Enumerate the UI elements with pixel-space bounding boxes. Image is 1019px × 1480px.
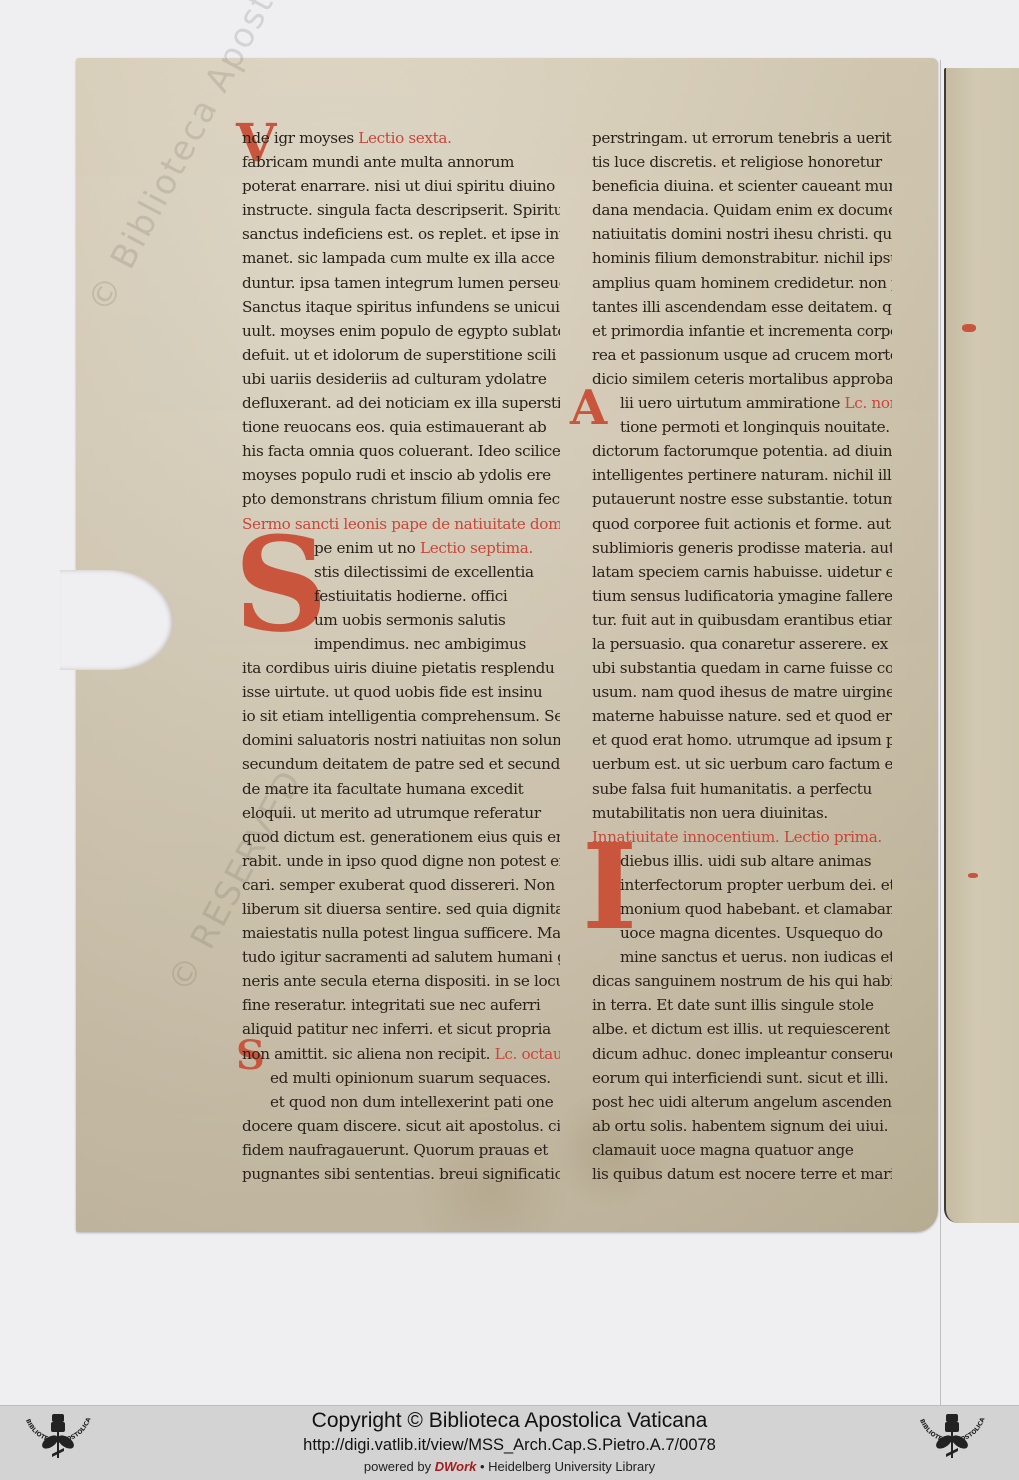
line-text: materne habuisse nature. sed et quod era… bbox=[592, 707, 892, 725]
manuscript-line: uerbum est. ut sic uerbum caro factum es… bbox=[592, 752, 892, 776]
line-text: liberum sit diuersa sentire. sed quia di… bbox=[242, 900, 560, 918]
line-text: lis quibus datum est nocere terre et mar… bbox=[592, 1165, 892, 1183]
manuscript-line: his facta omnia quos coluerant. Ideo sci… bbox=[242, 439, 560, 463]
line-text: domini saluatoris nostri natiuitas non s… bbox=[242, 731, 560, 749]
copyright-footer: Copyright © Biblioteca Apostolica Vatica… bbox=[0, 1405, 1019, 1480]
manuscript-line: usum. nam quod ihesus de matre uirgine. … bbox=[592, 680, 892, 704]
permalink-url[interactable]: http://digi.vatlib.it/view/MSS_Arch.Cap.… bbox=[0, 1436, 1019, 1455]
manuscript-line: domini saluatoris nostri natiuitas non s… bbox=[242, 728, 560, 752]
line-text: maiestatis nulla potest lingua sufficere… bbox=[242, 924, 560, 942]
line-text: et primordia infantie et incrementa corp… bbox=[592, 322, 892, 340]
manuscript-line: poterat enarrare. nisi ut diui spiritu d… bbox=[242, 174, 560, 198]
manuscript-line: albe. et dictum est illis. ut requiescer… bbox=[592, 1017, 892, 1041]
manuscript-line: fabricam mundi ante multa annorum bbox=[242, 150, 560, 174]
powered-by-line: powered by DWork • Heidelberg University… bbox=[0, 1459, 1019, 1474]
manuscript-line: in terra. Et date sunt illis singule sto… bbox=[592, 993, 892, 1017]
copyright-text: Copyright © Biblioteca Apostolica Vatica… bbox=[0, 1409, 1019, 1433]
manuscript-line: perstringam. ut errorum tenebris a uerit… bbox=[592, 126, 892, 150]
manuscript-line: uoce magna dicentes. Usquequo do bbox=[592, 921, 892, 945]
line-text: moyses populo rudi et inscio ab ydolis e… bbox=[242, 466, 551, 484]
manuscript-line: diebus illis. uidi sub altare animas bbox=[592, 849, 892, 873]
line-text: duntur. ipsa tamen integrum lumen perseu… bbox=[242, 274, 560, 292]
line-text: perstringam. ut errorum tenebris a uerit… bbox=[592, 129, 892, 147]
manuscript-line: et quod non dum intellexerint pati one bbox=[242, 1090, 560, 1114]
rubric-fragment bbox=[962, 324, 976, 332]
manuscript-line: beneficia diuina. et scienter caueant mu… bbox=[592, 174, 892, 198]
line-text: dictorum factorumque potentia. ad diuina… bbox=[592, 442, 892, 460]
manuscript-line: impendimus. nec ambigimus bbox=[242, 632, 560, 656]
manuscript-line: dana mendacia. Quidam enim ex documenti bbox=[592, 198, 892, 222]
manuscript-line: sanctus indeficiens est. os replet. et i… bbox=[242, 222, 560, 246]
manuscript-line: sube falsa fuit humanitatis. a perfectu bbox=[592, 777, 892, 801]
manuscript-line: materne habuisse nature. sed et quod era… bbox=[592, 704, 892, 728]
line-text: secundum deitatem de patre sed et secund… bbox=[242, 755, 560, 773]
line-text: dana mendacia. Quidam enim ex documenti bbox=[592, 201, 892, 219]
line-text: ubi uariis desideriis ad culturam ydolat… bbox=[242, 370, 546, 388]
facing-page-edge bbox=[944, 68, 1019, 1223]
line-text: non amittit. sic aliena non recipit. bbox=[242, 1045, 490, 1063]
line-text: poterat enarrare. nisi ut diui spiritu d… bbox=[242, 177, 555, 195]
manuscript-line: neris ante secula eterna dispositi. in s… bbox=[242, 969, 560, 993]
line-text: io sit etiam intelligentia comprehensum.… bbox=[242, 707, 560, 725]
line-text: stis dilectissimi de excellentia bbox=[314, 563, 534, 581]
line-text: quod corporee fuit actionis et forme. au… bbox=[592, 515, 892, 533]
line-text: rea et passionum usque ad crucem mortemq… bbox=[592, 346, 892, 364]
line-text: uoce magna dicentes. Usquequo do bbox=[620, 924, 883, 942]
manuscript-line: de matre ita facultate humana excedit bbox=[242, 777, 560, 801]
line-text: ita cordibus uiris diuine pietatis respl… bbox=[242, 659, 554, 677]
rubric-heading: Lc. octaua bbox=[495, 1045, 560, 1063]
manuscript-line: um uobis sermonis salutis bbox=[242, 608, 560, 632]
manuscript-line: putauerunt nostre esse substantie. totum… bbox=[592, 487, 892, 511]
rubric-heading: Sermo sancti leonis pape de natiuitate d… bbox=[242, 515, 560, 533]
line-text: Sanctus itaque spiritus infundens se uni… bbox=[242, 298, 560, 316]
line-text: albe. et dictum est illis. ut requiescer… bbox=[592, 1020, 892, 1038]
powered-by-suffix: • Heidelberg University Library bbox=[476, 1459, 655, 1474]
manuscript-line: post hec uidi alterum angelum ascendente… bbox=[592, 1090, 892, 1114]
manuscript-line: ubi substantia quedam in carne fuisse co bbox=[592, 656, 892, 680]
manuscript-line: sublimioris generis prodisse materia. au… bbox=[592, 536, 892, 560]
line-text: defuit. ut et idolorum de superstitione … bbox=[242, 346, 556, 364]
line-text: mutabilitatis non uera diuinitas. bbox=[592, 804, 828, 822]
manuscript-line: la persuasio. qua conaretur asserere. ex… bbox=[592, 632, 892, 656]
line-text: uerbum est. ut sic uerbum caro factum es… bbox=[592, 755, 892, 773]
manuscript-line: ubi uariis desideriis ad culturam ydolat… bbox=[242, 367, 560, 391]
line-text: tur. fuit aut in quibusdam erantibus eti… bbox=[592, 611, 892, 629]
manuscript-line: dicas sanguinem nostrum de his qui habit… bbox=[592, 969, 892, 993]
manuscript-line: Sanctus itaque spiritus infundens se uni… bbox=[242, 295, 560, 319]
line-text: eorum qui interficiendi sunt. sicut et i… bbox=[592, 1069, 892, 1087]
line-text: usum. nam quod ihesus de matre uirgine. … bbox=[592, 683, 892, 701]
line-text: uult. moyses enim populo de egypto subla… bbox=[242, 322, 560, 340]
manuscript-line: tudo igitur sacramenti ad salutem humani… bbox=[242, 945, 560, 969]
line-text: pugnantes sibi sententias. breui signifi… bbox=[242, 1165, 560, 1183]
manuscript-line: intelligentes pertinere naturam. nichil … bbox=[592, 463, 892, 487]
line-text: eloquii. ut merito ad utrumque referatur bbox=[242, 804, 541, 822]
line-text: nde igr moyses bbox=[242, 129, 354, 147]
manuscript-line: et primordia infantie et incrementa corp… bbox=[592, 319, 892, 343]
line-text: fabricam mundi ante multa annorum bbox=[242, 153, 514, 171]
manuscript-line: et quod erat homo. utrumque ad ipsum per… bbox=[592, 728, 892, 752]
line-text: cari. semper exuberat quod dissereri. No… bbox=[242, 876, 560, 894]
line-text: tantes illi ascendendam esse deitatem. q… bbox=[592, 298, 892, 316]
line-text: defluxerant. ad dei noticiam ex illa sup… bbox=[242, 394, 560, 412]
line-text: fidem naufragauerunt. Quorum prauas et bbox=[242, 1141, 548, 1159]
manuscript-line: mine sanctus et uerus. non iudicas et ui… bbox=[592, 945, 892, 969]
manuscript-line: ita cordibus uiris diuine pietatis respl… bbox=[242, 656, 560, 680]
line-text: um uobis sermonis salutis bbox=[314, 611, 505, 629]
line-text: sanctus indeficiens est. os replet. et i… bbox=[242, 225, 560, 243]
line-text: quod dictum est. generationem eius quis … bbox=[242, 828, 560, 846]
manuscript-line: interfectorum propter uerbum dei. et pro… bbox=[592, 873, 892, 897]
manuscript-line: Innatiuitate innocentium. Lectio prima. bbox=[592, 825, 892, 849]
manuscript-line: aliquid patitur nec inferri. et sicut pr… bbox=[242, 1017, 560, 1041]
line-text: fine reseratur. integritati sue nec aufe… bbox=[242, 996, 540, 1014]
line-text: interfectorum propter uerbum dei. et pro… bbox=[620, 876, 892, 894]
manuscript-line: fidem naufragauerunt. Quorum prauas et bbox=[242, 1138, 560, 1162]
line-text: impendimus. nec ambigimus bbox=[314, 635, 526, 653]
line-text: in terra. Et date sunt illis singule sto… bbox=[592, 996, 874, 1014]
manuscript-line: ab ortu solis. habentem signum dei uiui.… bbox=[592, 1114, 892, 1138]
manuscript-line: rabit. unde in ipso quod digne non potes… bbox=[242, 849, 560, 873]
manuscript-line: nde igr moyses Lectio sexta. bbox=[242, 126, 560, 150]
manuscript-line: natiuitatis domini nostri ihesu christi.… bbox=[592, 222, 892, 246]
manuscript-line: secundum deitatem de patre sed et secund… bbox=[242, 752, 560, 776]
line-text: instructe. singula facta descripserit. S… bbox=[242, 201, 560, 219]
manuscript-line: dicio similem ceteris mortalibus approba… bbox=[592, 367, 892, 391]
manuscript-line: rea et passionum usque ad crucem mortemq… bbox=[592, 343, 892, 367]
line-text: tione permoti et longinquis nouitate. et bbox=[620, 418, 892, 436]
rubric-fragment bbox=[968, 873, 978, 878]
line-text: monium quod habebant. et clamabant bbox=[620, 900, 892, 918]
manuscript-line: isse uirtute. ut quod uobis fide est ins… bbox=[242, 680, 560, 704]
gutter-line bbox=[940, 60, 941, 1405]
line-text: lii uero uirtutum ammiratione bbox=[620, 394, 840, 412]
manuscript-line: tantes illi ascendendam esse deitatem. q… bbox=[592, 295, 892, 319]
line-text: rabit. unde in ipso quod digne non potes… bbox=[242, 852, 560, 870]
line-text: tium sensus ludificatoria ymagine faller… bbox=[592, 587, 892, 605]
manuscript-line: quod corporee fuit actionis et forme. au… bbox=[592, 512, 892, 536]
manuscript-line: hominis filium demonstrabitur. nichil ip… bbox=[592, 246, 892, 270]
rubric-heading: Lectio sexta. bbox=[358, 129, 451, 147]
line-text: et quod non dum intellexerint pati one bbox=[270, 1093, 553, 1111]
manuscript-line: lii uero uirtutum ammiratione Lc. nona. bbox=[592, 391, 892, 415]
line-text: clamauit uoce magna quatuor ange bbox=[592, 1141, 854, 1159]
line-text: natiuitatis domini nostri ihesu christi.… bbox=[592, 225, 892, 243]
line-text: neris ante secula eterna dispositi. in s… bbox=[242, 972, 560, 990]
vatican-library-logo-icon: BIBLIOTECA APOSTOLICA VATICANA bbox=[18, 1408, 98, 1476]
line-text: dicio similem ceteris mortalibus approba… bbox=[592, 370, 892, 388]
manuscript-line: tione reuocans eos. quia estimauerant ab bbox=[242, 415, 560, 439]
manuscript-line: lis quibus datum est nocere terre et mar… bbox=[592, 1162, 892, 1186]
manuscript-line: eloquii. ut merito ad utrumque referatur bbox=[242, 801, 560, 825]
line-text: mine sanctus et uerus. non iudicas et ui… bbox=[620, 948, 892, 966]
manuscript-line: clamauit uoce magna quatuor ange bbox=[592, 1138, 892, 1162]
manuscript-line: tium sensus ludificatoria ymagine faller… bbox=[592, 584, 892, 608]
line-text: pto demonstrans christum filium omnia fe… bbox=[242, 490, 560, 508]
manuscript-line: tione permoti et longinquis nouitate. et bbox=[592, 415, 892, 439]
manuscript-line: eorum qui interficiendi sunt. sicut et i… bbox=[592, 1066, 892, 1090]
line-text: intelligentes pertinere naturam. nichil … bbox=[592, 466, 892, 484]
line-text: manet. sic lampada cum multe ex illa acc… bbox=[242, 249, 555, 267]
manuscript-line: defluxerant. ad dei noticiam ex illa sup… bbox=[242, 391, 560, 415]
line-text: isse uirtute. ut quod uobis fide est ins… bbox=[242, 683, 542, 701]
line-text: tione reuocans eos. quia estimauerant ab bbox=[242, 418, 546, 436]
manuscript-line: cari. semper exuberat quod dissereri. No… bbox=[242, 873, 560, 897]
manuscript-line: stis dilectissimi de excellentia bbox=[242, 560, 560, 584]
manuscript-line: uult. moyses enim populo de egypto subla… bbox=[242, 319, 560, 343]
manuscript-line: pugnantes sibi sententias. breui signifi… bbox=[242, 1162, 560, 1186]
manuscript-line: pto demonstrans christum filium omnia fe… bbox=[242, 487, 560, 511]
dwork-brand: DWork bbox=[435, 1459, 477, 1474]
line-text: sublimioris generis prodisse materia. au… bbox=[592, 539, 892, 557]
rubric-heading: Lc. nona. bbox=[845, 394, 892, 412]
manuscript-line: docere quam discere. sicut ait apostolus… bbox=[242, 1114, 560, 1138]
line-text: aliquid patitur nec inferri. et sicut pr… bbox=[242, 1020, 551, 1038]
line-text: ab ortu solis. habentem signum dei uiui.… bbox=[592, 1117, 892, 1135]
line-text: putauerunt nostre esse substantie. totum… bbox=[592, 490, 892, 508]
line-text: la persuasio. qua conaretur asserere. ex… bbox=[592, 635, 892, 653]
manuscript-line: amplius quam hominem credidetur. non pu bbox=[592, 271, 892, 295]
manuscript-line: quod dictum est. generationem eius quis … bbox=[242, 825, 560, 849]
manuscript-line: tis luce discretis. et religiose honoret… bbox=[592, 150, 892, 174]
manuscript-line: fine reseratur. integritati sue nec aufe… bbox=[242, 993, 560, 1017]
manuscript-line: manet. sic lampada cum multe ex illa acc… bbox=[242, 246, 560, 270]
manuscript-line: dicum adhuc. donec impleantur conseruoru… bbox=[592, 1042, 892, 1066]
manuscript-line: duntur. ipsa tamen integrum lumen perseu… bbox=[242, 271, 560, 295]
line-text: dicas sanguinem nostrum de his qui habit… bbox=[592, 972, 892, 990]
line-text: festiuitatis hodierne. offici bbox=[314, 587, 507, 605]
manuscript-line: ed multi opinionum suarum sequaces. bbox=[242, 1066, 560, 1090]
line-text: pe enim ut no bbox=[314, 539, 415, 557]
manuscript-line: pe enim ut no Lectio septima. bbox=[242, 536, 560, 560]
line-text: docere quam discere. sicut ait apostolus… bbox=[242, 1117, 560, 1135]
manuscript-line: maiestatis nulla potest lingua sufficere… bbox=[242, 921, 560, 945]
manuscript-line: tur. fuit aut in quibusdam erantibus eti… bbox=[592, 608, 892, 632]
line-text: ed multi opinionum suarum sequaces. bbox=[270, 1069, 551, 1087]
manuscript-line: dictorum factorumque potentia. ad diuina… bbox=[592, 439, 892, 463]
powered-by-prefix: powered by bbox=[364, 1459, 435, 1474]
manuscript-line: instructe. singula facta descripserit. S… bbox=[242, 198, 560, 222]
rubric-heading: Innatiuitate innocentium. Lectio prima. bbox=[592, 828, 882, 846]
line-text: diebus illis. uidi sub altare animas bbox=[620, 852, 871, 870]
text-column-right: perstringam. ut errorum tenebris a uerit… bbox=[592, 126, 892, 1186]
line-text: post hec uidi alterum angelum ascendente… bbox=[592, 1093, 892, 1111]
line-text: hominis filium demonstrabitur. nichil ip… bbox=[592, 249, 892, 267]
manuscript-line: mutabilitatis non uera diuinitas. bbox=[592, 801, 892, 825]
line-text: et quod erat homo. utrumque ad ipsum per… bbox=[592, 731, 892, 749]
manuscript-line: non amittit. sic aliena non recipit. Lc.… bbox=[242, 1042, 560, 1066]
manuscript-line: Sermo sancti leonis pape de natiuitate d… bbox=[242, 512, 560, 536]
manuscript-line: liberum sit diuersa sentire. sed quia di… bbox=[242, 897, 560, 921]
line-text: tis luce discretis. et religiose honoret… bbox=[592, 153, 882, 171]
line-text: tudo igitur sacramenti ad salutem humani… bbox=[242, 948, 560, 966]
rubric-heading: Lectio septima. bbox=[420, 539, 533, 557]
manuscript-line: moyses populo rudi et inscio ab ydolis e… bbox=[242, 463, 560, 487]
line-text: latam speciem carnis habuisse. uidetur e… bbox=[592, 563, 892, 581]
manuscript-line: latam speciem carnis habuisse. uidetur e… bbox=[592, 560, 892, 584]
text-column-left: nde igr moyses Lectio sexta.fabricam mun… bbox=[242, 126, 560, 1186]
line-text: his facta omnia quos coluerant. Ideo sci… bbox=[242, 442, 560, 460]
manuscript-line: defuit. ut et idolorum de superstitione … bbox=[242, 343, 560, 367]
manuscript-line: festiuitatis hodierne. offici bbox=[242, 584, 560, 608]
line-text: ubi substantia quedam in carne fuisse co bbox=[592, 659, 892, 677]
line-text: de matre ita facultate humana excedit bbox=[242, 780, 523, 798]
line-text: sube falsa fuit humanitatis. a perfectu bbox=[592, 780, 872, 798]
vatican-library-logo-icon: BIBLIOTECA APOSTOLICA VATICANA bbox=[912, 1408, 992, 1476]
line-text: beneficia diuina. et scienter caueant mu… bbox=[592, 177, 892, 195]
manuscript-line: monium quod habebant. et clamabant bbox=[592, 897, 892, 921]
line-text: amplius quam hominem credidetur. non pu bbox=[592, 274, 892, 292]
manuscript-line: io sit etiam intelligentia comprehensum.… bbox=[242, 704, 560, 728]
line-text: dicum adhuc. donec impleantur conseruoru… bbox=[592, 1045, 892, 1063]
